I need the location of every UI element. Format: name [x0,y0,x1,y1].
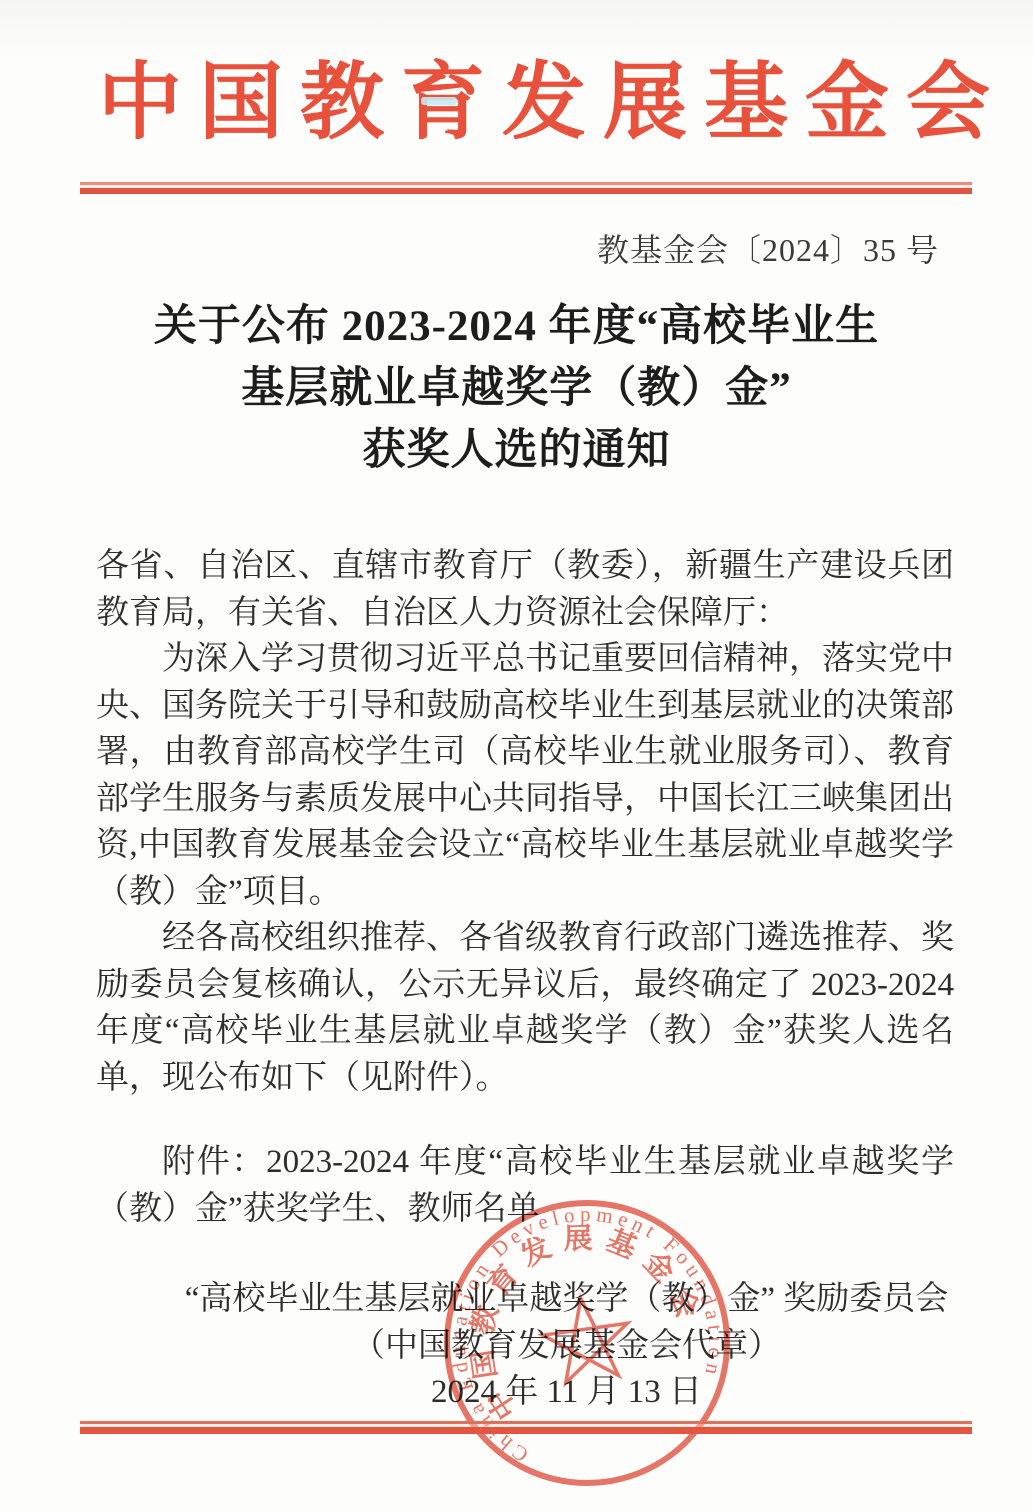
signature-block: “高校毕业生基层就业卓越奖学（教）金” 奖励委员会 （中国教育发展基金会代章） … [100,1276,1033,1416]
notice-title: 关于公布 2023-2024 年度“高校毕业生 基层就业卓越奖学（教）金” 获奖… [0,296,1033,482]
footer-rule-thick-line [80,1427,972,1434]
notice-title-line-3: 获奖人选的通知 [0,420,1033,482]
scan-artifact-highlight [421,97,457,105]
document-page: 中 国 教 育 发 展 基 金 会 教基金会〔2024〕35 号 关于公布 20… [0,0,1033,1512]
salutation-paragraph: 各省、自治区、直辖市教育厅（教委），新疆生产建设兵团教育局，有关省、自治区人力资… [96,543,954,636]
header-rule [80,182,972,194]
policy-paragraph: 为深入学习贯彻习近平总书记重要回信精神，落实党中央、国务院关于引导和鼓励高校毕业… [96,636,954,915]
signature-date: 2024 年 11 月 13 日 [100,1369,1033,1416]
notice-title-line-1: 关于公布 2023-2024 年度“高校毕业生 [0,296,1033,358]
notice-title-line-2: 基层就业卓越奖学（教）金” [0,358,1033,420]
signature-agency: （中国教育发展基金会代章） [100,1323,1033,1370]
notice-body: 各省、自治区、直辖市教育厅（教委），新疆生产建设兵团教育局，有关省、自治区人力资… [96,543,954,1232]
org-masthead: 中 国 教 育 发 展 基 金 会 [98,56,952,153]
selection-paragraph: 经各高校组织推荐、各省级教育行政部门遴选推荐、奖励委员会复核确认，公示无异议后，… [96,915,954,1101]
header-rule-thick-line [80,188,972,194]
attachment-note: 附件：2023-2024 年度“高校毕业生基层就业卓越奖学（教）金”获奖学生、教… [96,1139,954,1232]
footer-rule [80,1421,972,1434]
document-number: 教基金会〔2024〕35 号 [597,225,939,271]
signature-committee: “高校毕业生基层就业卓越奖学（教）金” 奖励委员会 [100,1276,1033,1323]
